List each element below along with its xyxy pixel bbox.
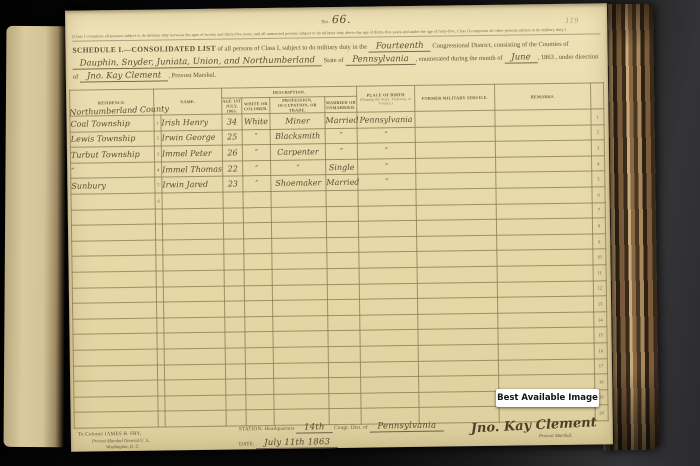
- cell-remarks: [496, 187, 592, 204]
- cell-right-line-number: 7: [592, 202, 605, 218]
- header-handwritten-field: Jno. Kay Clement: [80, 70, 169, 82]
- header-age: AGE 1ST JULY, 1863.: [222, 98, 242, 114]
- cell-name: [163, 239, 224, 255]
- cell-age: 34: [222, 114, 242, 130]
- cell-profession: [273, 331, 328, 347]
- table-body: Coal Township 1 Irish Henry 34 White Min…: [70, 109, 608, 428]
- cell-remarks: [497, 249, 593, 266]
- cell-remarks: [498, 296, 594, 313]
- cell-right-line-number: 16: [594, 343, 607, 359]
- cell-name: [163, 254, 224, 270]
- cell-remarks: [498, 327, 594, 344]
- station-mid: Congr. Dist. of: [334, 425, 368, 431]
- header-remarks: REMARKS.: [495, 83, 591, 110]
- cell-remarks: [497, 265, 593, 282]
- cell-married: [326, 206, 358, 222]
- cell-right-line-number: 12: [593, 280, 606, 296]
- cell-remarks: [498, 312, 594, 329]
- cell-name: Irish Henry: [161, 114, 222, 130]
- header-printed-text: SCHEDULE I.—CONSOLIDATED LIST: [72, 44, 216, 55]
- cell-color: ″: [243, 176, 271, 192]
- header-printed-text: , Provost Marshal.: [168, 72, 216, 80]
- cell-age: [224, 239, 244, 255]
- cell-name: [162, 208, 223, 224]
- cell-birthplace: [360, 299, 418, 315]
- header-printed-text: , enumerated during the month of: [416, 55, 505, 63]
- cell-name: [163, 286, 224, 302]
- cell-birthplace: ″: [357, 127, 415, 143]
- cell-remarks: [497, 280, 593, 297]
- cell-age: [225, 363, 245, 379]
- pencil-annotation: 119: [565, 17, 578, 25]
- cell-age: [226, 379, 246, 395]
- cell-remarks: [495, 125, 591, 142]
- cell-name: [164, 301, 225, 317]
- cell-birthplace: [360, 314, 418, 330]
- header-printed-text: Congressional District, consisting of th…: [431, 41, 569, 50]
- cell-military-service: [416, 173, 496, 190]
- cell-profession: [272, 253, 327, 269]
- cell-birthplace: [361, 376, 419, 392]
- cell-color: [244, 269, 272, 285]
- cell-residence: [71, 193, 155, 210]
- cell-profession: [272, 237, 327, 253]
- cell-age: [226, 395, 246, 411]
- cell-birthplace: [359, 267, 417, 283]
- cell-married: ″: [325, 143, 357, 159]
- cell-age: [223, 223, 243, 239]
- cell-residence: ″: [71, 162, 155, 179]
- addressee-block: To Colonel JAMES B. FRY, Provost Marshal…: [78, 431, 151, 452]
- cell-military-service: [416, 157, 496, 174]
- cell-married: [329, 377, 361, 393]
- cell-residence: [71, 209, 155, 226]
- cell-residence: [71, 224, 155, 241]
- page-number-value: 66.: [332, 13, 351, 26]
- cell-married: [327, 253, 359, 269]
- cell-age: [224, 254, 244, 270]
- cell-birthplace: ″: [357, 143, 415, 159]
- header-paragraph: SCHEDULE I.—CONSOLIDATED LIST of all per…: [72, 37, 600, 83]
- cell-remarks: [496, 218, 592, 235]
- cell-age: [225, 301, 245, 317]
- cell-residence: [73, 349, 157, 366]
- station-line: STATION: Headquarters 14th Congr. Dist. …: [239, 421, 445, 434]
- cell-color: [244, 285, 272, 301]
- cell-military-service: [417, 266, 497, 283]
- cell-color: ″: [242, 145, 270, 161]
- header-color: WHITE OR COLORED.: [242, 97, 270, 113]
- cell-birthplace: [359, 283, 417, 299]
- cell-remarks: [497, 234, 593, 251]
- header-line-number-column: [591, 83, 604, 109]
- cell-profession: [273, 362, 328, 378]
- cell-color: [246, 379, 274, 395]
- cell-married: [327, 268, 359, 284]
- facing-page-edge: [4, 26, 67, 447]
- cell-color: [245, 347, 273, 363]
- cell-profession: [273, 300, 328, 316]
- cell-age: [223, 192, 243, 208]
- signature-title: Provost Marshal.: [539, 434, 572, 439]
- cell-birthplace: Pennsylvania: [357, 111, 415, 127]
- cell-military-service: [417, 235, 497, 252]
- cell-residence: [72, 240, 156, 257]
- page-footer: To Colonel JAMES B. FRY, Provost Marshal…: [71, 411, 613, 452]
- header-married: MARRIED OR UNMARRIED.: [325, 96, 357, 112]
- header-handwritten-field: Dauphin, Snyder, Juniata, Union, and Nor…: [73, 55, 322, 69]
- cell-profession: [271, 191, 326, 207]
- cell-birthplace: [359, 236, 417, 252]
- cell-right-line-number: 14: [594, 311, 607, 327]
- cell-married: [328, 331, 360, 347]
- cell-profession: [272, 269, 327, 285]
- page-number-label: No.: [321, 20, 330, 25]
- cell-right-line-number: 4: [592, 156, 605, 172]
- cell-right-line-number: 13: [594, 296, 607, 312]
- cell-right-line-number: 8: [592, 218, 605, 234]
- cell-military-service: [418, 313, 498, 330]
- cell-profession: [273, 315, 328, 331]
- cell-name: Irwin George: [161, 130, 222, 146]
- cell-military-service: [419, 375, 499, 392]
- cell-right-line-number: 15: [594, 327, 607, 343]
- cell-profession: [271, 222, 326, 238]
- cell-married: [327, 237, 359, 253]
- cell-right-line-number: 11: [593, 265, 606, 281]
- cell-profession: [274, 378, 329, 394]
- cell-remarks: [498, 343, 594, 360]
- cell-married: Married: [326, 175, 358, 191]
- cell-military-service: [418, 297, 498, 314]
- cell-color: [244, 238, 272, 254]
- consolidated-list-table: RESIDENCE. NAME. DESCRIPTION. PLACE OF B…: [69, 82, 609, 428]
- cell-age: 26: [222, 145, 242, 161]
- station-print: Headquarters: [265, 426, 295, 432]
- cell-right-line-number: 5: [592, 171, 605, 187]
- cell-military-service: [416, 204, 496, 221]
- date-label: DATE:: [239, 441, 255, 447]
- cell-age: 23: [223, 176, 243, 192]
- header-handwritten-field: Pennsylvania: [345, 54, 415, 66]
- cell-remarks: [498, 358, 594, 375]
- cell-right-line-number: 10: [593, 249, 606, 265]
- cell-military-service: [415, 126, 495, 143]
- cell-residence: Coal Township: [70, 115, 154, 132]
- header-birthplace: PLACE OF BIRTH (Naming the State, Territ…: [357, 85, 415, 112]
- cell-name: [164, 332, 225, 348]
- cell-profession: Miner: [270, 113, 325, 129]
- cell-right-line-number: 17: [594, 358, 607, 374]
- cell-remarks: [496, 156, 592, 173]
- cell-color: [244, 254, 272, 270]
- header-military-service: FORMER MILITARY SERVICE.: [415, 84, 495, 111]
- cell-birthplace: ″: [358, 174, 416, 190]
- cell-name: Irwin Jared: [162, 176, 223, 192]
- cell-military-service: [418, 344, 498, 361]
- cell-military-service: [415, 141, 495, 158]
- cell-birthplace: [360, 361, 418, 377]
- cell-residence: [73, 302, 157, 319]
- cell-married: [328, 362, 360, 378]
- cell-age: [225, 317, 245, 333]
- cell-color: [245, 363, 273, 379]
- cell-name: [162, 192, 223, 208]
- cell-military-service: [416, 219, 496, 236]
- header-handwritten-field: June: [504, 52, 538, 63]
- header-profession: PROFESSION, OCCUPATION, OR TRADE.: [270, 97, 325, 114]
- cell-color: ″: [243, 160, 271, 176]
- cell-birthplace: [358, 205, 416, 221]
- addressee-line-3: Washington, D. C.: [78, 444, 150, 452]
- cell-age: [224, 285, 244, 301]
- cell-residence: [72, 287, 156, 304]
- cell-age: 22: [223, 161, 243, 177]
- cell-right-line-number: 1: [591, 109, 604, 125]
- cell-right-line-number: 18: [595, 374, 608, 390]
- date-line: DATE: July 11th 1863: [239, 437, 338, 448]
- cell-color: [243, 207, 271, 223]
- cell-married: [328, 299, 360, 315]
- provost-marshal-signature: Jno. Kay Clement: [470, 415, 597, 436]
- cell-residence: [74, 380, 158, 397]
- document-page: No. 66. 119 [Class I comprises all perso…: [65, 3, 613, 452]
- cell-name: Immel Peter: [161, 145, 222, 161]
- cell-birthplace: [360, 345, 418, 361]
- cell-birthplace: [359, 252, 417, 268]
- cell-name: [165, 395, 226, 411]
- cell-color: [246, 394, 274, 410]
- header-printed-text: State of: [322, 57, 345, 64]
- cell-profession: ″: [271, 159, 326, 175]
- cell-right-line-number: 6: [592, 187, 605, 203]
- viewer-stage[interactable]: No. 66. 119 [Class I comprises all perso…: [0, 0, 700, 466]
- header-printed-text: of all persons of Class I, subject to do…: [216, 44, 369, 53]
- cell-residence: [72, 255, 156, 272]
- cell-name: [165, 379, 226, 395]
- header-handwritten-field: Fourteenth: [369, 41, 431, 53]
- cell-residence: Sunbury: [71, 177, 155, 194]
- cell-married: [326, 190, 358, 206]
- cell-military-service: [417, 282, 497, 299]
- best-available-image-badge: Best Available Image: [496, 389, 599, 407]
- header-birthplace-note: (Naming the State, Territory, or County.…: [357, 97, 414, 106]
- cell-name: [164, 364, 225, 380]
- cell-married: [327, 284, 359, 300]
- cell-profession: Shoemaker: [271, 175, 326, 191]
- cell-military-service: [418, 329, 498, 346]
- station-state-handwritten: Pennsylvania: [369, 421, 444, 433]
- cell-color: [243, 191, 271, 207]
- cell-name: [163, 270, 224, 286]
- cell-residence: [73, 333, 157, 350]
- cell-residence: [73, 365, 157, 382]
- cell-profession: [271, 206, 326, 222]
- cell-age: [223, 207, 243, 223]
- cell-age: [225, 348, 245, 364]
- cell-color: [245, 301, 273, 317]
- cell-remarks: [495, 109, 591, 126]
- cell-remarks: [495, 140, 591, 157]
- cell-married: [329, 393, 361, 409]
- date-value-handwritten: July 11th 1863: [256, 437, 338, 449]
- cell-name: Immel Thomas: [162, 161, 223, 177]
- badge-label: Best Available Image: [497, 393, 598, 403]
- cell-remarks: [496, 203, 592, 220]
- cell-married: ″: [325, 128, 357, 144]
- cell-color: [243, 223, 271, 239]
- cell-birthplace: [358, 221, 416, 237]
- cell-residence: [73, 318, 157, 335]
- cell-military-service: [418, 360, 498, 377]
- cell-color: White: [242, 113, 270, 129]
- cell-profession: Carpenter: [270, 144, 325, 160]
- cell-profession: [272, 284, 327, 300]
- cell-birthplace: [361, 392, 419, 408]
- cell-married: [328, 346, 360, 362]
- cell-profession: Blacksmith: [270, 128, 325, 144]
- cell-military-service: [419, 391, 499, 408]
- cell-residence: Turbut Township: [70, 146, 154, 163]
- cell-married: [328, 315, 360, 331]
- cell-color: ″: [242, 129, 270, 145]
- cell-remarks: [496, 171, 592, 188]
- cell-color: [245, 332, 273, 348]
- cell-residence: Lewis Township: [70, 131, 154, 148]
- cell-birthplace: ″: [358, 158, 416, 174]
- cell-military-service: [415, 110, 495, 127]
- station-label: STATION:: [239, 426, 263, 432]
- cell-right-line-number: 9: [593, 234, 606, 250]
- cell-married: Married: [325, 112, 357, 128]
- cell-residence: [74, 396, 158, 413]
- cell-birthplace: [360, 330, 418, 346]
- cell-color: [245, 316, 273, 332]
- cell-name: [164, 317, 225, 333]
- cell-military-service: [416, 188, 496, 205]
- cell-right-line-number: 2: [591, 124, 604, 140]
- cell-profession: [273, 347, 328, 363]
- station-district-handwritten: 14th: [296, 422, 333, 434]
- cell-profession: [274, 393, 329, 409]
- cell-married: [326, 221, 358, 237]
- cell-residence: [72, 271, 156, 288]
- cell-age: [225, 332, 245, 348]
- cell-married: Single: [326, 159, 358, 175]
- cell-name: [162, 223, 223, 239]
- cell-military-service: [417, 251, 497, 268]
- cell-age: [224, 270, 244, 286]
- cell-birthplace: [358, 189, 416, 205]
- cell-right-line-number: 3: [591, 140, 604, 156]
- cell-name: [164, 348, 225, 364]
- cell-age: 25: [222, 129, 242, 145]
